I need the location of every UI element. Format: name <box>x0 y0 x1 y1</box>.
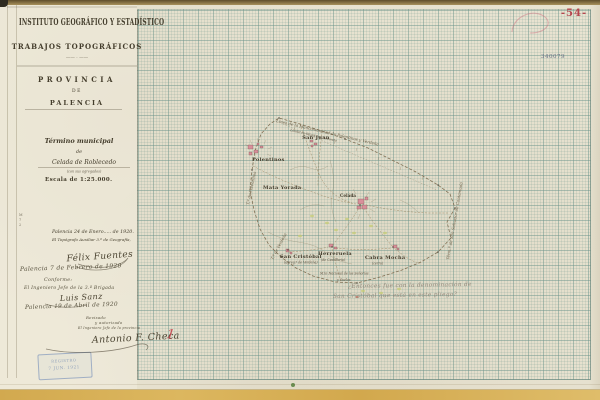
letterhead: INSTITUTO GEOGRÁFICO Y ESTADÍSTICO TRABA… <box>7 7 164 110</box>
map-label-mancomunidad: Línea de la Mancomunidad de Polentinos y… <box>275 118 380 147</box>
municipality-note: (con sus agregados) <box>67 170 102 174</box>
map-label-san-cristobal: San Cristóbal <box>280 253 322 260</box>
crease-line <box>0 384 600 385</box>
red-pencil-scribble <box>512 13 548 33</box>
provincia-name: PALENCIA <box>50 99 104 107</box>
map-sublabel-san-cristobal: (agreg.º de Verdeña) <box>284 261 318 265</box>
approvals-block: Palencia 24 de Enero..... de 1920. El To… <box>19 229 180 352</box>
role-line-3: El Ingeniero Jefe de la provincia <box>77 326 140 330</box>
map-label-monte-nacional: M.te Nacional de los Señoríos <box>319 272 369 276</box>
right-edge-shade <box>589 5 600 389</box>
role-line-1: El Topógrafo Auxiliar 3.º de Geografía, <box>51 237 131 242</box>
margin-mark-char: M <box>19 213 23 217</box>
ink-overlay: INSTITUTO GEOGRÁFICO Y ESTADÍSTICO TRABA… <box>0 0 600 400</box>
pencil-note-line-2: San Cristóbal que está en este pliego? <box>333 291 458 300</box>
folio-number: -54- <box>561 8 587 19</box>
autorizado-label: y autorizado <box>94 320 123 325</box>
scale-label: Escala de 1:25.000. <box>45 177 112 183</box>
margin-mark-char: 7 <box>19 218 21 222</box>
subject-block: Término municipal de Celada de Roblecedo… <box>38 137 130 183</box>
conforme-label: Conforme: <box>44 277 72 283</box>
signature-2: Luis Sanz <box>59 292 104 303</box>
map-label-cabra-mocha: Cabra Mocha <box>365 255 406 261</box>
top-edge-band <box>0 0 600 5</box>
bottom-edge-band <box>0 389 600 400</box>
map-label-polentinos: Polentinos <box>252 157 285 163</box>
stamp-line-2: 7 JUN. 1921 <box>48 364 80 371</box>
map-drawing: San Juan Polentinos Mata Yorada Celada S… <box>245 117 472 300</box>
termino-label: Término municipal <box>45 137 114 145</box>
margin-mark-char: 2 <box>19 223 21 227</box>
stamp-text: REGISTRO 7 JUN. 1921 <box>48 357 80 371</box>
works-title: TRABAJOS TOPOGRÁFICOS <box>12 42 143 51</box>
role-line-2: El Ingeniero Jefe de la 3.ª Brigada <box>23 285 114 291</box>
ornament-divider: —— · —— <box>66 56 89 61</box>
de-word: DE <box>72 88 82 94</box>
scanned-survey-sheet: INSTITUTO GEOGRÁFICO Y ESTADÍSTICO TRABA… <box>0 0 600 400</box>
date-line-3: Palencia 19 de Abril de 1920 <box>24 302 118 311</box>
map-sublabel-herreruela: (de Castillería) <box>321 258 346 262</box>
pencil-note-line-1: ¿Entonces fue con la denominación de <box>348 281 472 290</box>
date-line-1: Palencia 24 de Enero..... de 1920. <box>51 229 134 235</box>
map-label-suelos: y Suelos <box>336 278 351 282</box>
provincia-word: PROVINCIA <box>38 75 116 84</box>
map-label-termino-polentinos: T.º de Polentinos <box>245 171 257 205</box>
stamp-line-1: REGISTRO <box>51 357 77 363</box>
date-line-2: Palencia 7 de Febrero de 1920 <box>19 262 122 273</box>
map-label-mata-yorada: Mata Yorada <box>263 185 302 191</box>
map-sublabel-cabra-mocha: (cerro) <box>372 262 384 266</box>
institute-title: INSTITUTO GEOGRÁFICO Y ESTADÍSTICO <box>19 17 164 28</box>
streams <box>268 160 418 264</box>
municipality-name: Celada de Roblecedo <box>52 159 116 166</box>
map-label-herreruela: Herreruela <box>318 251 352 257</box>
map-label-celada: Celada <box>340 193 356 198</box>
margin-catalog-mark: M 7 2 <box>19 213 23 227</box>
registry-number: 340079 <box>541 54 565 60</box>
de-label: de <box>76 149 82 155</box>
